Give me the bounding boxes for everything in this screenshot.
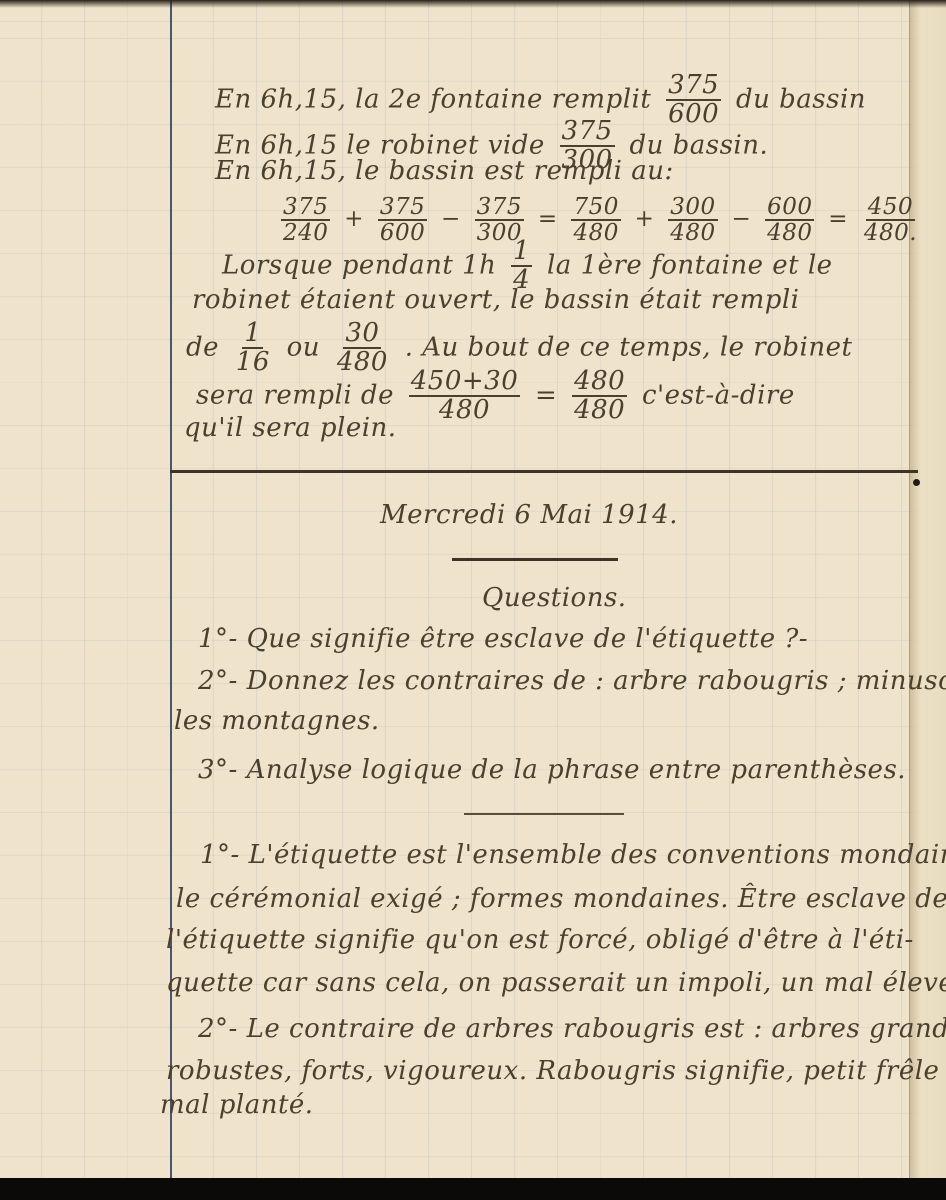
operator: =: [535, 380, 557, 410]
numerator: 375: [281, 195, 330, 221]
page-top-shadow: [0, 0, 946, 8]
calc-line-8: qu'il sera plein.: [184, 413, 397, 443]
answer-line-1: 1°- L'étiquette est l'ensemble des conve…: [200, 840, 946, 870]
calc-line-1-suffix: du bassin: [736, 84, 866, 114]
question-3: 3°- Analyse logique de la phrase entre p…: [198, 755, 906, 785]
numerator: 450+30: [409, 368, 521, 397]
questions-divider: [464, 813, 624, 815]
divider-dot: [913, 479, 920, 486]
operator: +: [344, 206, 364, 232]
numerator: 600: [765, 195, 814, 221]
answer-line-7: mal planté.: [160, 1090, 314, 1120]
denominator: 480: [437, 397, 492, 424]
question-2: 2°- Donnez les contraires de : arbre rab…: [198, 666, 946, 696]
numerator: 375: [666, 72, 721, 101]
denominator: 480.: [862, 221, 919, 245]
numerator: 450: [866, 195, 915, 221]
calc-line-6-mid: ou: [287, 332, 320, 362]
operator: −: [731, 206, 751, 232]
lesson-date: Mercredi 6 Mai 1914.: [380, 500, 678, 530]
answer-line-3: l'étiquette signifie qu'on est forcé, ob…: [166, 925, 914, 955]
calc-line-6-suffix: . Au bout de ce temps, le robinet: [405, 332, 853, 362]
numerator: 375: [378, 195, 427, 221]
calc-line-6-text: de: [186, 332, 219, 362]
calc-line-5: robinet étaient ouvert, le bassin était …: [192, 285, 800, 315]
fraction: 480480: [572, 368, 627, 425]
calc-line-4-suffix: la 1ère fontaine et le: [547, 250, 833, 280]
numerator: 375: [560, 118, 615, 147]
operator: =: [828, 206, 848, 232]
question-2-cont: les montagnes.: [174, 706, 380, 736]
section-divider: [170, 470, 918, 473]
margin-line: [170, 0, 172, 1178]
numerator: 1: [242, 320, 263, 349]
answer-line-6: robustes, forts, vigoureux. Rabougris si…: [166, 1056, 939, 1086]
fraction: 450480.: [862, 195, 919, 245]
notebook-page: En 6h,15, la 2e fontaine remplit 375600 …: [0, 0, 946, 1178]
question-1: 1°- Que signifie être esclave de l'étiqu…: [198, 624, 808, 654]
numerator: 1: [511, 238, 532, 267]
operator: =: [538, 206, 558, 232]
calc-line-1-text: En 6h,15, la 2e fontaine remplit: [215, 84, 651, 114]
operator: −: [441, 206, 461, 232]
numerator: 300: [668, 195, 717, 221]
operator: +: [635, 206, 655, 232]
calc-line-7-text: sera rempli de: [196, 380, 394, 410]
numerator: 480: [572, 368, 627, 397]
answer-line-4: quette car sans cela, on passerait un im…: [166, 968, 946, 998]
denominator: 480: [572, 397, 627, 424]
date-underline: [452, 558, 618, 561]
fraction: 450+30480: [409, 368, 521, 425]
numerator: 375: [475, 195, 524, 221]
answer-line-5: 2°- Le contraire de arbres rabougris est…: [198, 1014, 946, 1044]
numerator: 30: [343, 320, 381, 349]
questions-title: Questions.: [482, 583, 627, 613]
answer-line-2: le cérémonial exigé ; formes mondaines. …: [176, 884, 946, 914]
calc-line-4-text: Lorsque pendant 1h: [222, 250, 496, 280]
numerator: 750: [571, 195, 620, 221]
calc-line-3: En 6h,15, le bassin est rempli au:: [215, 156, 674, 186]
calc-line-7-suffix: c'est-à-dire: [642, 380, 795, 410]
